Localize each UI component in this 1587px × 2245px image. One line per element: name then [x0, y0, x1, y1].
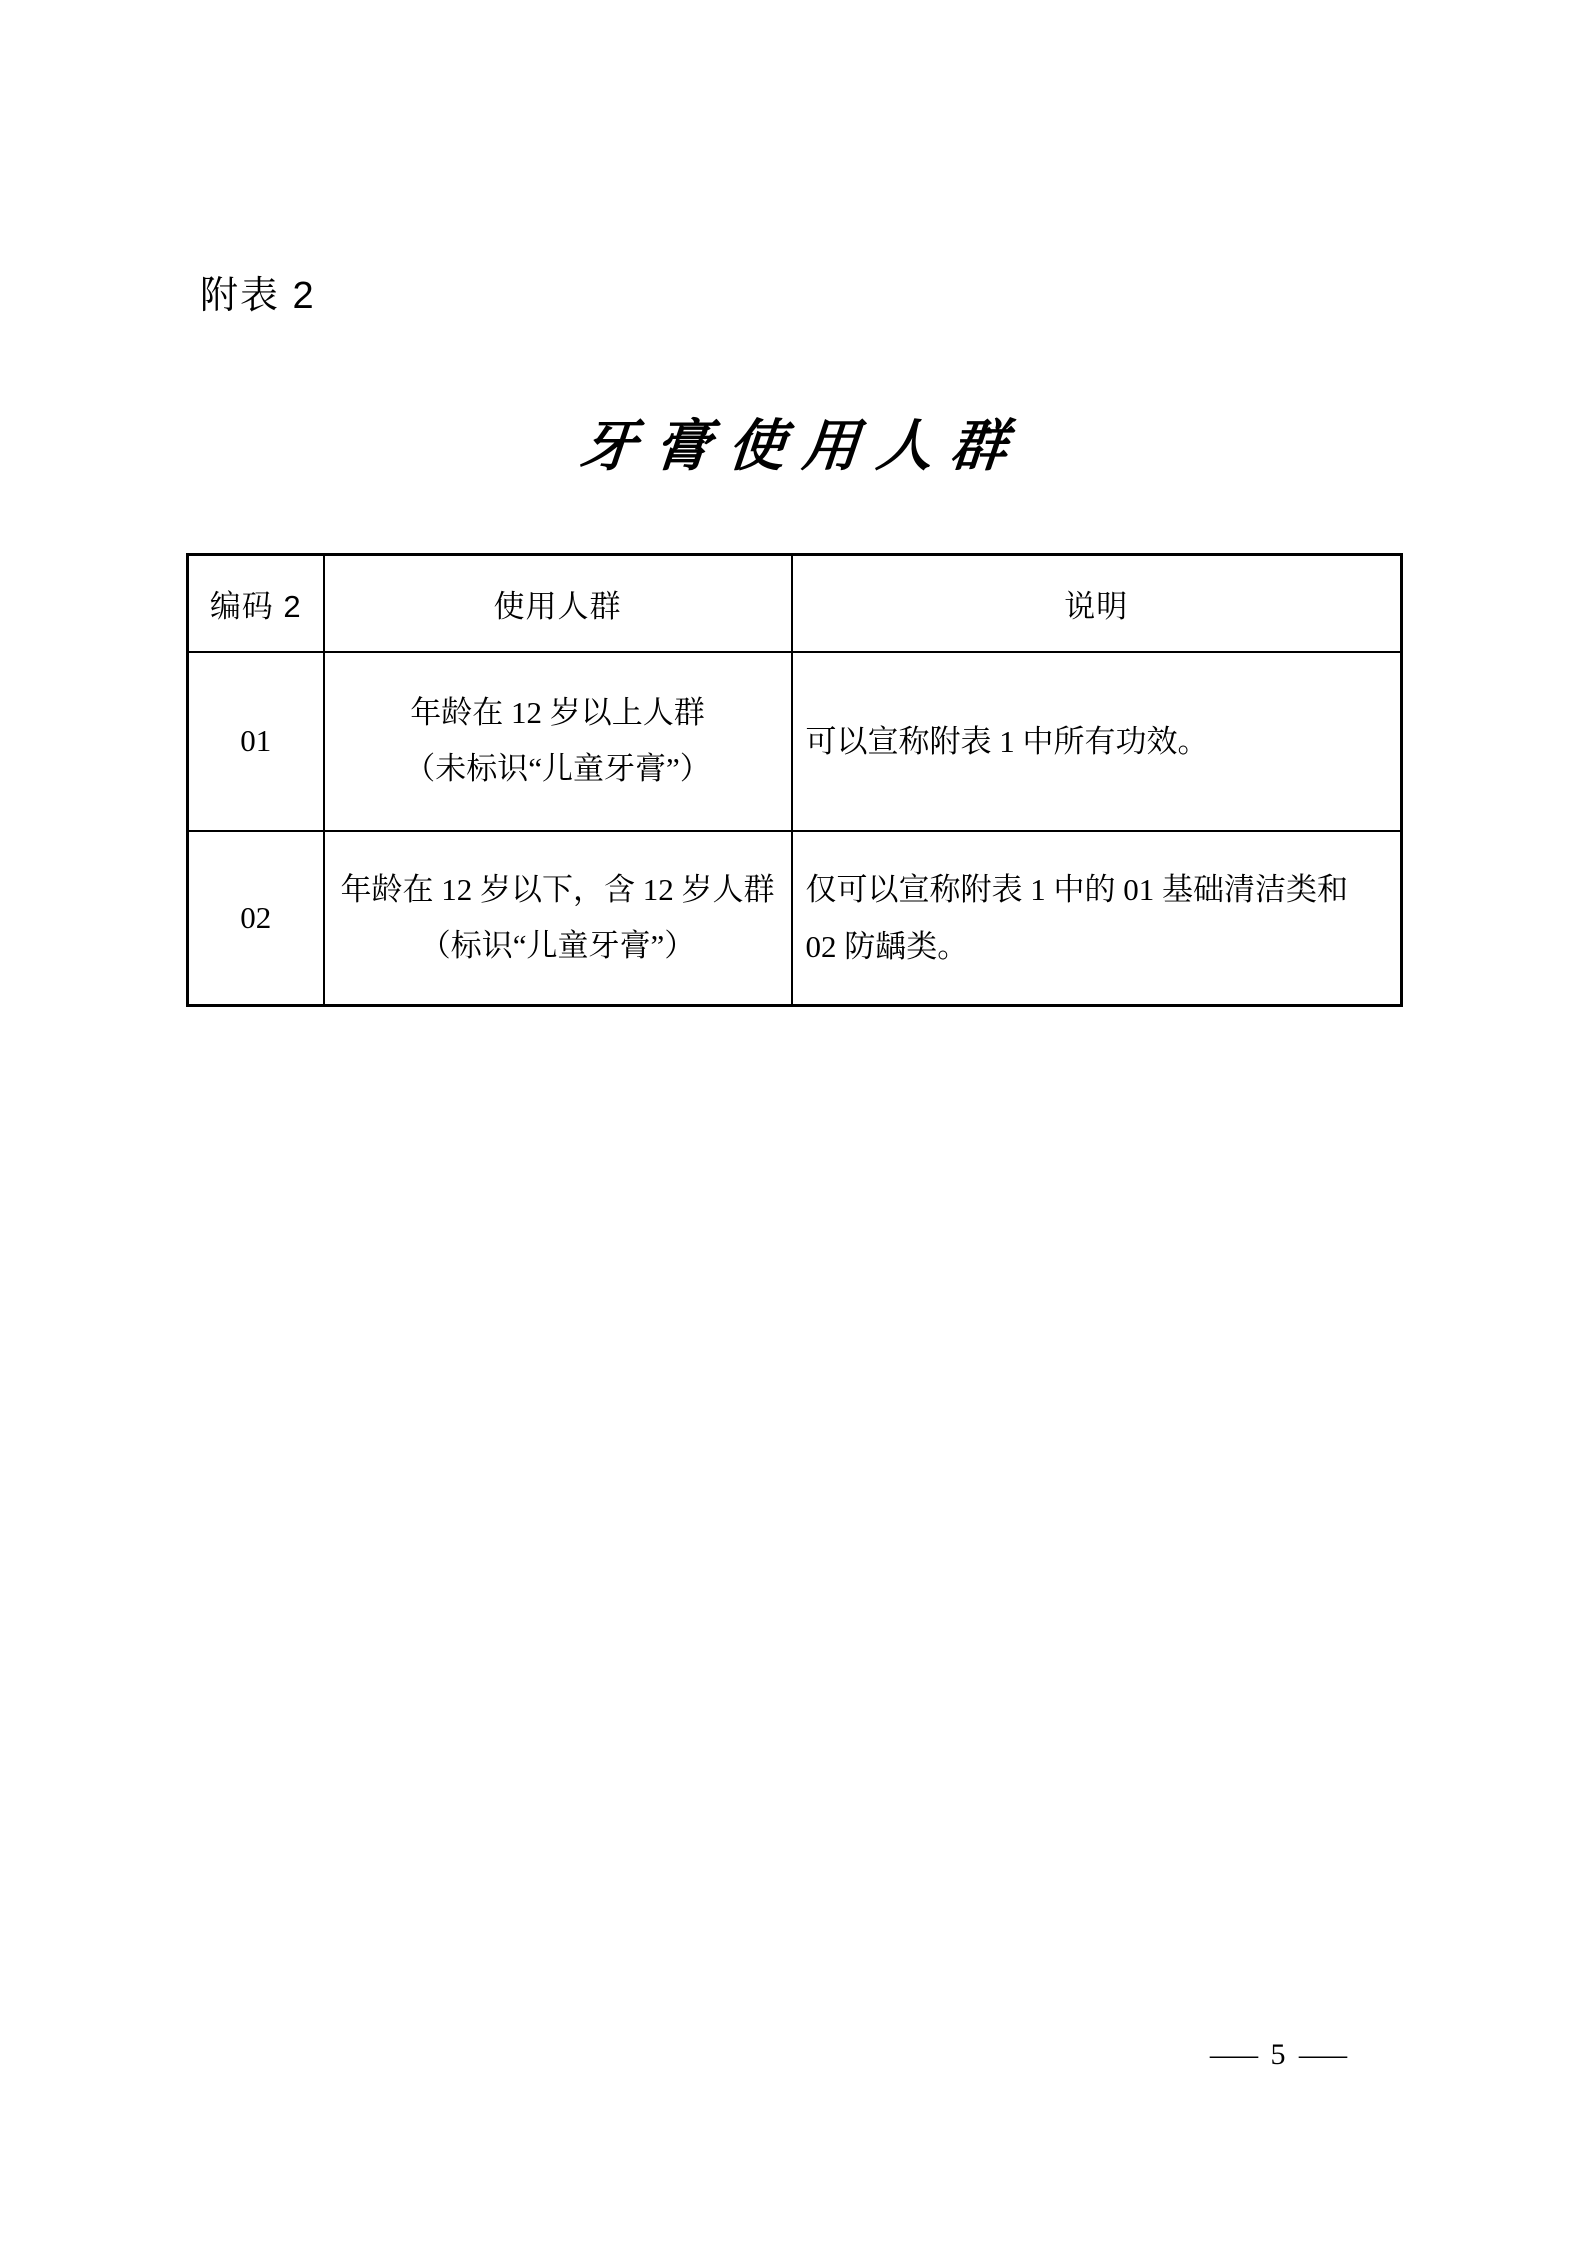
header-cell-code: 编码 2 — [188, 555, 324, 652]
footer-left-dash: — — [1210, 2038, 1258, 2072]
row-02-description: 仅可以宣称附表 1 中的 01 基础清洁类和 02 防龋类。 — [792, 831, 1402, 1006]
row-02-code: 02 — [188, 831, 324, 1006]
document-page: 附表 2 牙膏使用人群 编码 2 使用人群 说明 01 年龄在 12 岁以上人群… — [0, 0, 1587, 2245]
row-02-desc-line-1: 仅可以宣称附表 1 中的 01 基础清洁类和 — [806, 861, 1389, 918]
document-title-wrap: 牙膏使用人群 — [0, 402, 1587, 482]
row-01-description: 可以宣称附表 1 中所有功效。 — [792, 652, 1402, 831]
footer-right-dash: — — [1299, 2038, 1347, 2072]
usage-group-table: 编码 2 使用人群 说明 01 年龄在 12 岁以上人群 （未标识“儿童牙膏”）… — [186, 553, 1403, 1007]
row-02-desc-line-2: 02 防龋类。 — [806, 918, 1389, 975]
row-01-code: 01 — [188, 652, 324, 831]
document-title: 牙膏使用人群 — [559, 402, 1028, 482]
row-01-group-line-1: 年龄在 12 岁以上人群 — [325, 685, 791, 741]
row-02-group-line-1: 年龄在 12 岁以下，含 12 岁人群 — [325, 862, 791, 918]
table-header-row: 编码 2 使用人群 说明 — [188, 555, 1402, 652]
appendix-label: 附表 2 — [200, 272, 316, 320]
row-01-group-line-2: （未标识“儿童牙膏”） — [325, 741, 791, 797]
table-row-02: 02 年龄在 12 岁以下，含 12 岁人群 （标识“儿童牙膏”） 仅可以宣称附… — [188, 831, 1402, 1006]
row-01-group: 年龄在 12 岁以上人群 （未标识“儿童牙膏”） — [324, 652, 792, 831]
row-02-group: 年龄在 12 岁以下，含 12 岁人群 （标识“儿童牙膏”） — [324, 831, 792, 1006]
row-01-desc-line-1: 可以宣称附表 1 中所有功效。 — [806, 713, 1389, 770]
header-cell-group: 使用人群 — [324, 555, 792, 652]
page-number: 5 — [1271, 2038, 1286, 2072]
page-footer: —5— — [1178, 2038, 1378, 2072]
table-row-01: 01 年龄在 12 岁以上人群 （未标识“儿童牙膏”） 可以宣称附表 1 中所有… — [188, 652, 1402, 831]
header-cell-description: 说明 — [792, 555, 1402, 652]
row-02-group-line-2: （标识“儿童牙膏”） — [325, 918, 791, 974]
